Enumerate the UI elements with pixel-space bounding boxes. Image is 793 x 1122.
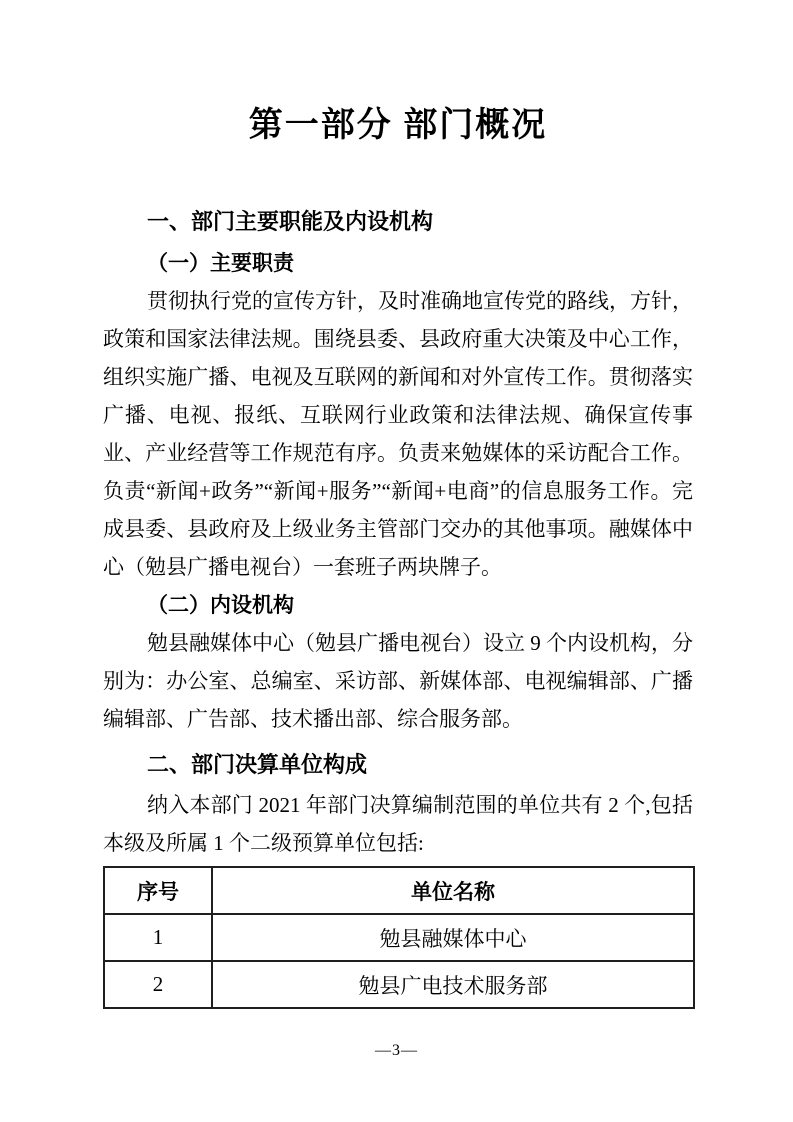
- document-title: 第一部分 部门概况: [103, 0, 693, 148]
- document-page: 第一部分 部门概况 一、部门主要职能及内设机构 （一）主要职责 贯彻执行党的宣传…: [0, 0, 793, 1122]
- page-number: —3—: [0, 1042, 793, 1060]
- units-table: 序号 单位名称 1 勉县融媒体中心 2 勉县广电技术服务部: [103, 866, 695, 1009]
- table-header-no: 序号: [104, 867, 212, 914]
- paragraph-main-duties: 贯彻执行党的宣传方针，及时准确地宣传党的路线，方针，政策和国家法律法规。围绕县委…: [103, 282, 693, 586]
- table-row: 1 勉县融媒体中心: [104, 914, 694, 961]
- table-cell-no: 2: [104, 961, 212, 1008]
- paragraph-unit-composition: 纳入本部门 2021 年部门决算编制范围的单位共有 2 个,包括本级及所属 1 …: [103, 786, 693, 862]
- table-cell-unit-name: 勉县融媒体中心: [212, 914, 694, 961]
- table-cell-unit-name: 勉县广电技术服务部: [212, 961, 694, 1008]
- table-header-row: 序号 单位名称: [104, 867, 694, 914]
- section-heading-unit-composition: 二、部门决算单位构成: [103, 746, 693, 784]
- table-row: 2 勉县广电技术服务部: [104, 961, 694, 1008]
- section-heading-functions: 一、部门主要职能及内设机构: [103, 203, 693, 241]
- subsection-heading-internal-orgs: （二）内设机构: [103, 586, 693, 624]
- table-header-unit-name: 单位名称: [212, 867, 694, 914]
- subsection-heading-main-duties: （一）主要职责: [103, 244, 693, 282]
- document-content: 第一部分 部门概况 一、部门主要职能及内设机构 （一）主要职责 贯彻执行党的宣传…: [103, 0, 693, 1009]
- paragraph-internal-orgs: 勉县融媒体中心（勉县广播电视台）设立 9 个内设机构，分别为：办公室、总编室、采…: [103, 624, 693, 738]
- table-cell-no: 1: [104, 914, 212, 961]
